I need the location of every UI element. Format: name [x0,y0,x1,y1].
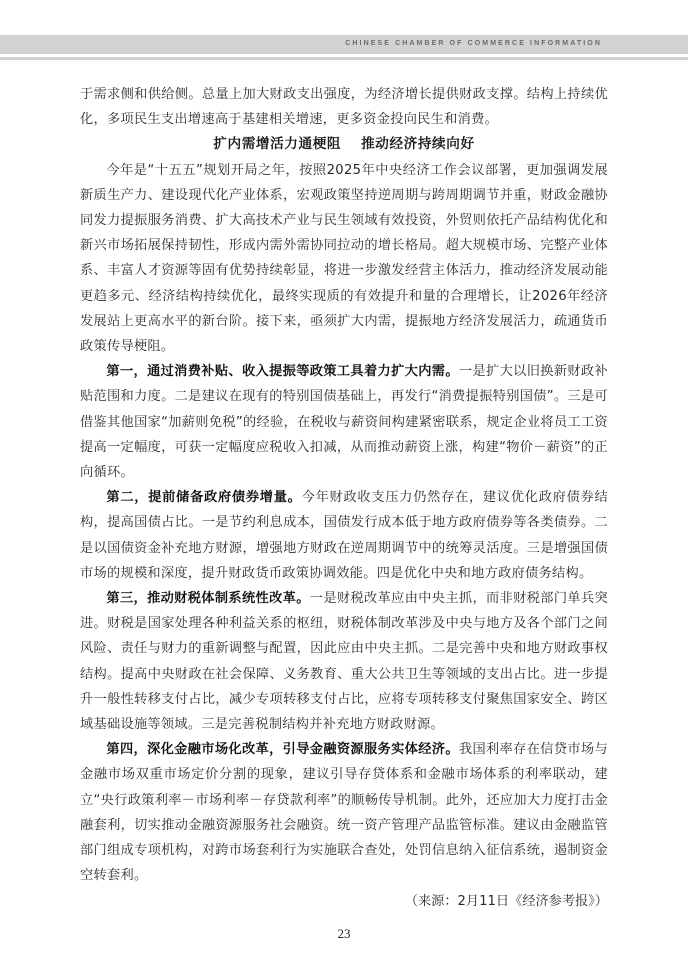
paragraph-text: 一是财税改革应由中央主抓，而非财税部门单兵突进。财税是国家处理各种利益关系的枢纽… [80,591,608,732]
publication-header: CHINESE CHAMBER OF COMMERCE INFORMATION [345,40,602,47]
paragraph-point-3: 第三，推动财税体制系统性改革。一是财税改革应由中央主抓，而非财税部门单兵突进。财… [80,586,608,737]
page-number: 23 [0,926,688,942]
paragraph-lead: 第四，深化金融市场化改革，引导金融资源服务实体经济。 [106,742,459,757]
header-divider [0,57,688,60]
paragraph-point-4: 第四，深化金融市场化改革，引导金融资源服务实体经济。我国利率存在信贷市场与金融市… [80,737,608,888]
paragraph-lead: 第三，推动财税体制系统性改革。 [106,591,309,606]
paragraph-text: 今年是“十五五”规划开局之年，按照2025年中央经济工作会议部署，更加强调发展新… [80,163,608,354]
paragraph-lead: 第一，通过消费补贴、收入提振等政策工具着力扩大内需。 [106,364,459,379]
intro-paragraph: 于需求侧和供给侧。总量上加大财政支出强度，为经济增长提供财政支撑。结构上持续优化… [80,82,608,132]
paragraph-lead: 第二，提前储备政府债券增量。 [106,490,301,505]
section-heading: 扩内需增活力通梗阻推动经济持续向好 [80,132,608,157]
source-citation: （来源：2月11日《经济参考报》） [80,889,608,914]
paragraph-point-1: 第一，通过消费补贴、收入提振等政策工具着力扩大内需。一是扩大以旧换新财政补贴范围… [80,359,608,485]
section-heading-part2: 推动经济持续向好 [361,136,475,152]
paragraph-overview: 今年是“十五五”规划开局之年，按照2025年中央经济工作会议部署，更加强调发展新… [80,158,608,360]
section-heading-part1: 扩内需增活力通梗阻 [213,136,341,152]
paragraph-text: 我国利率存在信贷市场与金融市场双重市场定价分割的现象，建议引导存贷体系和金融市场… [80,742,608,883]
paragraph-point-2: 第二，提前储备政府债券增量。今年财政收支压力仍然存在，建议优化政府债券结构，提高… [80,485,608,586]
article-body: 于需求侧和供给侧。总量上加大财政支出强度，为经济增长提供财政支撑。结构上持续优化… [80,82,608,914]
paragraph-text: 一是扩大以旧换新财政补贴范围和力度。二是建议在现有的特别国债基础上，再发行“消费… [80,364,608,480]
